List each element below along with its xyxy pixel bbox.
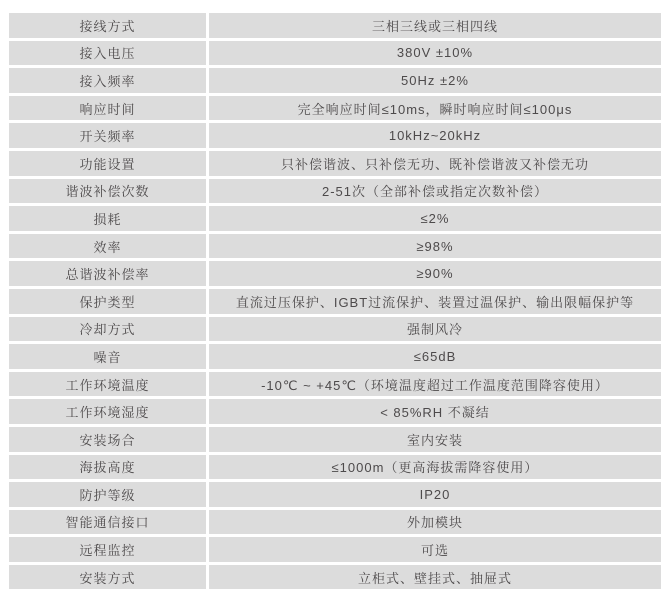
spec-label-cell: 效率 bbox=[9, 234, 206, 259]
spec-value-cell: ≤1000m（更高海拔需降容使用） bbox=[209, 455, 661, 480]
spec-label-cell: 安装方式 bbox=[9, 565, 206, 590]
table-row: 冷却方式强制风冷 bbox=[9, 317, 661, 342]
table-row: 工作环境温度-10℃ ~ +45℃（环境温度超过工作温度范围降容使用） bbox=[9, 372, 661, 397]
spec-label-cell: 噪音 bbox=[9, 344, 206, 369]
table-row: 总谐波补偿率≥90% bbox=[9, 261, 661, 286]
table-row: 噪音≤65dB bbox=[9, 344, 661, 369]
spec-value-cell: 可选 bbox=[209, 537, 661, 562]
table-row: 响应时间完全响应时间≤10ms，瞬时响应时间≤100μs bbox=[9, 96, 661, 121]
spec-label-cell: 开关频率 bbox=[9, 123, 206, 148]
spec-label-cell: 损耗 bbox=[9, 206, 206, 231]
table-row: 智能通信接口外加模块 bbox=[9, 510, 661, 535]
table-row: 远程监控可选 bbox=[9, 537, 661, 562]
spec-label-cell: 保护类型 bbox=[9, 289, 206, 314]
spec-label-cell: 谐波补偿次数 bbox=[9, 179, 206, 204]
spec-label-cell: 接入电压 bbox=[9, 41, 206, 66]
spec-value-cell: 强制风冷 bbox=[209, 317, 661, 342]
spec-value-cell: 立柜式、壁挂式、抽屉式 bbox=[209, 565, 661, 590]
spec-value-cell: 380V ±10% bbox=[209, 41, 661, 66]
table-row: 接线方式三相三线或三相四线 bbox=[9, 13, 661, 38]
table-row: 防护等级IP20 bbox=[9, 482, 661, 507]
spec-value-cell: 三相三线或三相四线 bbox=[209, 13, 661, 38]
spec-value-cell: ≥90% bbox=[209, 261, 661, 286]
spec-label-cell: 防护等级 bbox=[9, 482, 206, 507]
spec-label-cell: 响应时间 bbox=[9, 96, 206, 121]
spec-label-cell: 安装场合 bbox=[9, 427, 206, 452]
spec-value-cell: 外加模块 bbox=[209, 510, 661, 535]
spec-table: 接线方式三相三线或三相四线接入电压380V ±10%接入频率50Hz ±2%响应… bbox=[9, 13, 661, 592]
table-row: 安装方式立柜式、壁挂式、抽屉式 bbox=[9, 565, 661, 590]
table-row: 效率≥98% bbox=[9, 234, 661, 259]
table-row: 海拔高度≤1000m（更高海拔需降容使用） bbox=[9, 455, 661, 480]
spec-value-cell: 2-51次（全部补偿或指定次数补偿） bbox=[209, 179, 661, 204]
spec-label-cell: 总谐波补偿率 bbox=[9, 261, 206, 286]
spec-value-cell: ≥98% bbox=[209, 234, 661, 259]
spec-value-cell: IP20 bbox=[209, 482, 661, 507]
spec-label-cell: 海拔高度 bbox=[9, 455, 206, 480]
table-row: 损耗≤2% bbox=[9, 206, 661, 231]
spec-value-cell: < 85%RH 不凝结 bbox=[209, 399, 661, 424]
table-row: 开关频率10kHz~20kHz bbox=[9, 123, 661, 148]
spec-value-cell: 10kHz~20kHz bbox=[209, 123, 661, 148]
spec-label-cell: 工作环境湿度 bbox=[9, 399, 206, 424]
spec-value-cell: ≤65dB bbox=[209, 344, 661, 369]
table-row: 安装场合室内安装 bbox=[9, 427, 661, 452]
spec-label-cell: 远程监控 bbox=[9, 537, 206, 562]
table-row: 接入电压380V ±10% bbox=[9, 41, 661, 66]
spec-label-cell: 工作环境温度 bbox=[9, 372, 206, 397]
spec-value-cell: ≤2% bbox=[209, 206, 661, 231]
table-row: 工作环境湿度< 85%RH 不凝结 bbox=[9, 399, 661, 424]
table-row: 谐波补偿次数2-51次（全部补偿或指定次数补偿） bbox=[9, 179, 661, 204]
spec-label-cell: 功能设置 bbox=[9, 151, 206, 176]
spec-label-cell: 冷却方式 bbox=[9, 317, 206, 342]
spec-label-cell: 接入频率 bbox=[9, 68, 206, 93]
spec-label-cell: 接线方式 bbox=[9, 13, 206, 38]
spec-value-cell: 室内安装 bbox=[209, 427, 661, 452]
spec-value-cell: 50Hz ±2% bbox=[209, 68, 661, 93]
table-row: 保护类型直流过压保护、IGBT过流保护、装置过温保护、输出限幅保护等 bbox=[9, 289, 661, 314]
spec-value-cell: 完全响应时间≤10ms，瞬时响应时间≤100μs bbox=[209, 96, 661, 121]
spec-value-cell: 只补偿谐波、只补偿无功、既补偿谐波又补偿无功 bbox=[209, 151, 661, 176]
spec-label-cell: 智能通信接口 bbox=[9, 510, 206, 535]
spec-value-cell: -10℃ ~ +45℃（环境温度超过工作温度范围降容使用） bbox=[209, 372, 661, 397]
spec-value-cell: 直流过压保护、IGBT过流保护、装置过温保护、输出限幅保护等 bbox=[209, 289, 661, 314]
table-row: 功能设置只补偿谐波、只补偿无功、既补偿谐波又补偿无功 bbox=[9, 151, 661, 176]
table-row: 接入频率50Hz ±2% bbox=[9, 68, 661, 93]
